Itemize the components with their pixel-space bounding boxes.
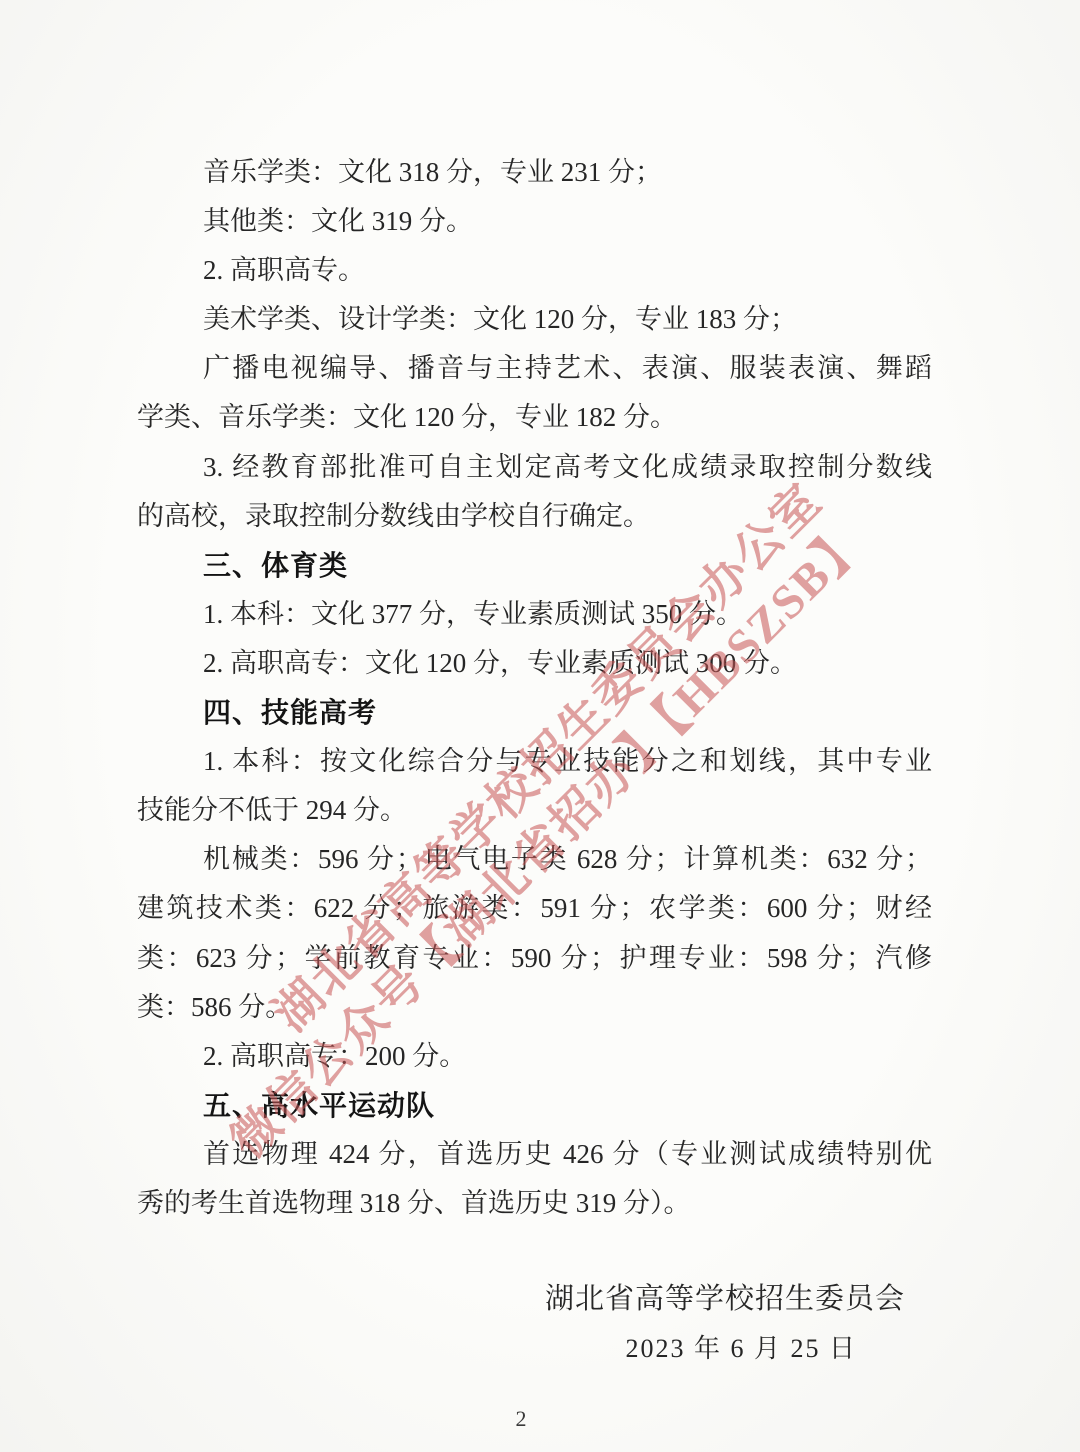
text-line: 广播电视编导、播音与主持艺术、表演、服装表演、舞蹈 — [137, 344, 932, 393]
text-line: 的高校，录取控制分数线由学校自行确定。 — [137, 492, 932, 541]
section-heading: 三、体育类 — [137, 541, 932, 590]
issue-date: 2023 年 6 月 25 日 — [625, 1328, 857, 1365]
text-line: 音乐学类：文化 318 分，专业 231 分； — [137, 148, 932, 197]
text-line: 2. 高职高专。 — [137, 246, 932, 295]
section-heading: 四、技能高考 — [137, 688, 932, 737]
text-line: 首选物理 424 分，首选历史 426 分（专业测试成绩特别优 — [137, 1130, 932, 1179]
text-line: 学类、音乐学类：文化 120 分，专业 182 分。 — [137, 393, 932, 442]
text-line: 2. 高职高专：文化 120 分，专业素质测试 300 分。 — [137, 639, 932, 688]
text-line: 1. 本科：按文化综合分与专业技能分之和划线，其中专业 — [137, 737, 932, 786]
text-line: 1. 本科：文化 377 分，专业素质测试 350 分。 — [137, 590, 932, 639]
text-line: 机械类：596 分；电气电子类 628 分；计算机类：632 分； — [137, 835, 932, 884]
text-line: 其他类：文化 319 分。 — [137, 197, 932, 246]
text-line: 美术学类、设计学类：文化 120 分，专业 183 分； — [137, 295, 932, 344]
text-line: 2. 高职高专：200 分。 — [137, 1032, 932, 1081]
document-page: 湖北省高等学校招生委员会办公室 微信公众号【湖北省招办】【HBSZSB】 音乐学… — [0, 0, 1080, 1452]
text-line: 类：586 分。 — [137, 983, 932, 1032]
page-number: 2 — [0, 1406, 1061, 1432]
section-heading: 五、高水平运动队 — [137, 1081, 932, 1130]
text-line: 3. 经教育部批准可自主划定高考文化成绩录取控制分数线 — [137, 443, 932, 492]
text-line: 秀的考生首选物理 318 分、首选历史 319 分）。 — [137, 1179, 932, 1228]
text-line: 技能分不低于 294 分。 — [137, 786, 932, 835]
text-line: 建筑技术类：622 分；旅游类：591 分；农学类：600 分；财经 — [137, 884, 932, 933]
document-body: 音乐学类：文化 318 分，专业 231 分；其他类：文化 319 分。2. 高… — [137, 148, 932, 1228]
issuer-signature: 湖北省高等学校招生委员会 — [545, 1276, 905, 1317]
text-line: 类：623 分；学前教育专业：590 分；护理专业：598 分；汽修 — [137, 934, 932, 983]
